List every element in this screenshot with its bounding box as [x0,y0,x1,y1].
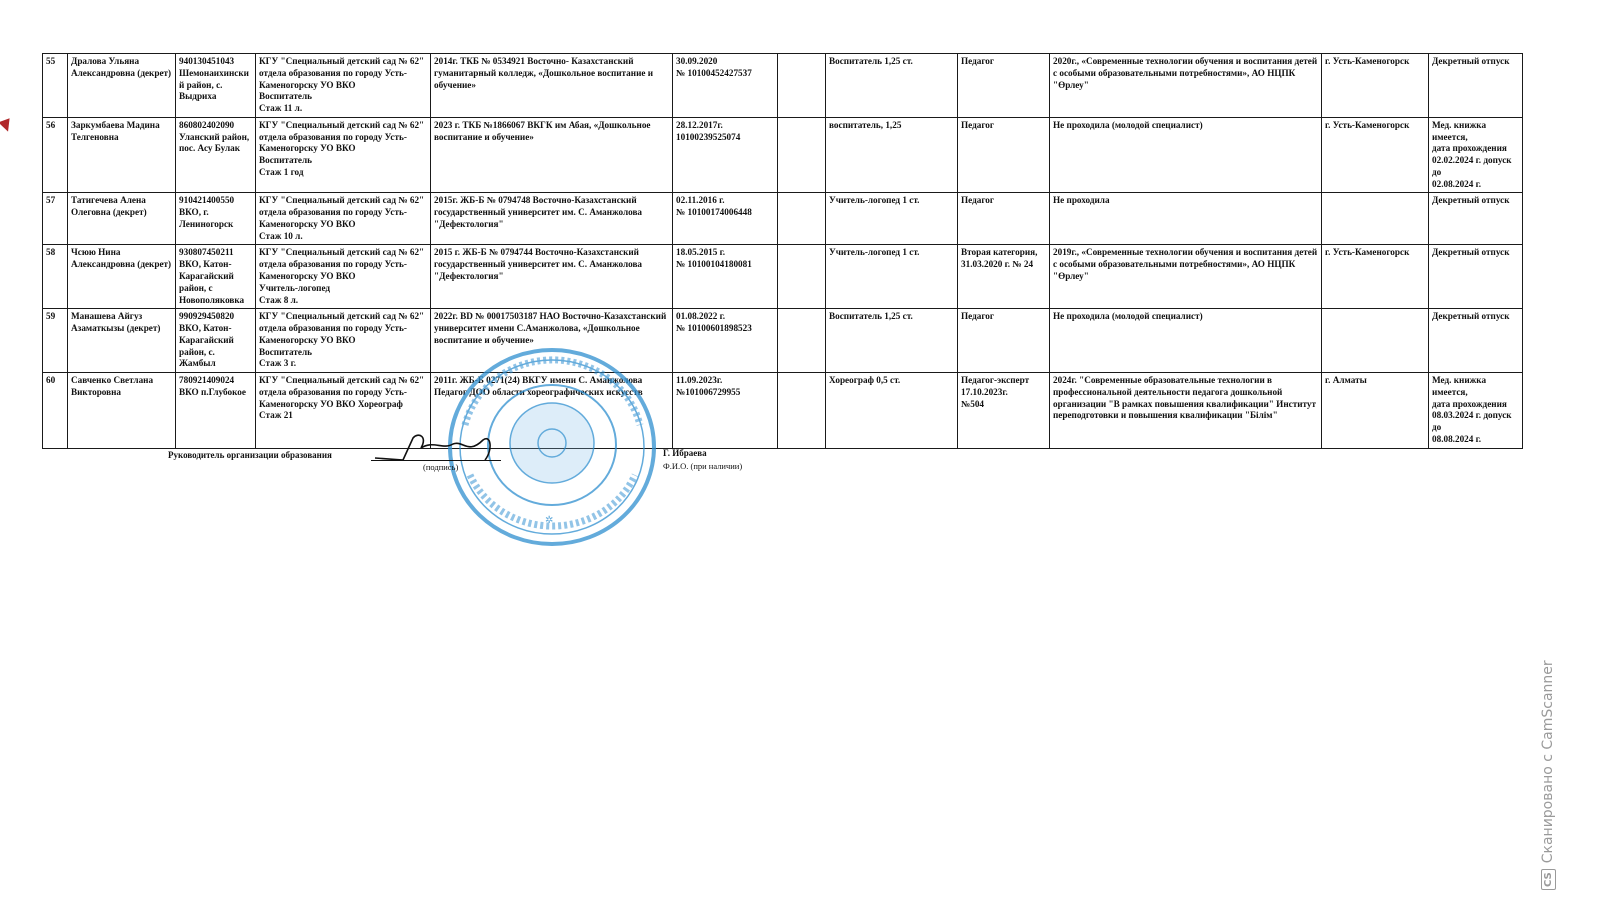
table-row: 58Чсюю Нина Александровна (декрет)930807… [43,245,1523,309]
employee-name: Савченко Светлана Викторовна [68,373,176,449]
notes-line: Декретный отпуск [1432,56,1519,68]
workplace-info-line: КГУ "Специальный детский сад № 62" отдел… [259,247,427,282]
training-city [1322,193,1429,245]
certificate-info: 02.11.2016 г.№ 10100174006448 [673,193,778,245]
qualification-category-line: Педагог [961,195,1046,207]
workplace-info: КГУ "Специальный детский сад № 62" отдел… [256,54,431,118]
certificate-info: 18.05.2015 г.№ 10100104180081 [673,245,778,309]
training-courses: 2020г., «Современные технологии обучения… [1050,54,1322,118]
training-city [1322,309,1429,373]
workplace-info-line: КГУ "Специальный детский сад № 62" отдел… [259,195,427,230]
position-rate: Воспитатель 1,25 ст. [826,309,958,373]
table-row: 59Манашева Айгуз Азаматкызы (декрет)9909… [43,309,1523,373]
empty-cell [778,373,826,449]
iin-birthplace: 860802402090 Уланский район, пос. Асу Бу… [176,117,256,193]
signature-line [371,460,501,461]
notes-line: Декретный отпуск [1432,311,1519,323]
table-row: 57Татигечева Алена Олеговна (декрет)9104… [43,193,1523,245]
workplace-info-line: КГУ "Специальный детский сад № 62" отдел… [259,120,427,155]
training-courses: Не проходила (молодой специалист) [1050,309,1322,373]
training-courses: Не проходила (молодой специалист) [1050,117,1322,193]
training-courses: 2019г., «Современные технологии обучения… [1050,245,1322,309]
training-city: г. Усть-Каменогорск [1322,117,1429,193]
watermark-text: Сканировано с CamScanner [1540,660,1556,863]
workplace-info-line: Воспитатель [259,91,427,103]
notes-line: Мед. книжка имеется, [1432,375,1519,399]
certificate-info-line: 01.08.2022 г. [676,311,774,323]
notes-line: Декретный отпуск [1432,195,1519,207]
certificate-info: 28.12.2017г.10100239525074 [673,117,778,193]
red-corner-mark [0,118,14,133]
workplace-info-line: Учитель-логопед [259,283,427,295]
notes-line: дата прохождения [1432,143,1519,155]
signature-label: Руководитель организации образования [168,450,332,460]
notes: Декретный отпуск [1429,54,1523,118]
signatory-name-caption: Ф.И.О. (при наличии) [663,461,742,471]
workplace-info-line: КГУ "Специальный детский сад № 62" отдел… [259,56,427,91]
workplace-info: КГУ "Специальный детский сад № 62" отдел… [256,193,431,245]
workplace-info: КГУ "Специальный детский сад № 62" отдел… [256,245,431,309]
workplace-info-line: Стаж 1 год [259,167,427,179]
workplace-info-line: Стаж 11 л. [259,103,427,115]
workplace-info-line: КГУ "Специальный детский сад № 62" отдел… [259,311,427,346]
signature-caption: (подпись) [423,462,458,472]
employee-name: Манашева Айгуз Азаматкызы (декрет) [68,309,176,373]
certificate-info-line: 02.11.2016 г. [676,195,774,207]
notes: Мед. книжка имеется,дата прохождения02.0… [1429,117,1523,193]
staff-table: 55Дралова Ульяна Александровна (декрет)9… [42,53,1523,449]
table-row: 60Савченко Светлана Викторовна7809214090… [43,373,1523,449]
notes-line: Мед. книжка имеется, [1432,120,1519,144]
qualification-category-line: Педагог-эксперт [961,375,1046,387]
workplace-info-line: Стаж 21 [259,410,427,422]
iin-birthplace: 780921409024 ВКО п.Глубокое [176,373,256,449]
certificate-info-line: 28.12.2017г. [676,120,774,132]
certificate-info-line: № 10100601898523 [676,323,774,335]
camscanner-watermark: CS Сканировано с CamScanner [1540,660,1556,890]
certificate-info-line: №101006729955 [676,387,774,399]
workplace-info: КГУ "Специальный детский сад № 62" отдел… [256,309,431,373]
employee-name: Заркумбаева Мадина Телгеновна [68,117,176,193]
table-row: 56Заркумбаева Мадина Телгеновна860802402… [43,117,1523,193]
workplace-info: КГУ "Специальный детский сад № 62" отдел… [256,117,431,193]
workplace-info-line: КГУ "Специальный детский сад № 62" отдел… [259,375,427,410]
row-number: 58 [43,245,68,309]
workplace-info-line: Воспитатель [259,347,427,359]
table-row: 55Дралова Ульяна Александровна (декрет)9… [43,54,1523,118]
iin-birthplace: 930807450211 ВКО, Катон-Карагайский райо… [176,245,256,309]
notes-line: дата прохождения [1432,399,1519,411]
education-info: 2015г. ЖБ-Б № 0794748 Восточно-Казахстан… [431,193,673,245]
certificate-info: 30.09.2020№ 10100452427537 [673,54,778,118]
notes: Декретный отпуск [1429,193,1523,245]
employee-name: Чсюю Нина Александровна (декрет) [68,245,176,309]
empty-cell [778,193,826,245]
notes-line: 08.08.2024 г. [1432,434,1519,446]
certificate-info-line: 30.09.2020 [676,56,774,68]
camscanner-logo-icon: CS [1541,869,1556,890]
qualification-category: Педагог [958,54,1050,118]
workplace-info-line: Стаж 10 л. [259,231,427,243]
iin-birthplace: 910421400550 ВКО, г. Лениногорск [176,193,256,245]
notes-line: 08.03.2024 г. допуск до [1432,410,1519,434]
qualification-category: Педагог [958,309,1050,373]
notes-line: 02.02.2024 г. допуск до [1432,155,1519,179]
employee-name: Татигечева Алена Олеговна (декрет) [68,193,176,245]
workplace-info-line: Стаж 8 л. [259,295,427,307]
training-courses: Не проходила [1050,193,1322,245]
iin-birthplace: 990929450820 ВКО, Катон-Карагайский райо… [176,309,256,373]
notes: Декретный отпуск [1429,245,1523,309]
qualification-category: Педагог [958,193,1050,245]
qualification-category-line: Педагог [961,56,1046,68]
qualification-category-line: 17.10.2023г. [961,387,1046,399]
position-rate: Учитель-логопед 1 ст. [826,193,958,245]
education-info: 2014г. ТКБ № 0534921 Восточно- Казахстан… [431,54,673,118]
empty-cell [778,117,826,193]
certificate-info-line: 18.05.2015 г. [676,247,774,259]
certificate-info: 01.08.2022 г.№ 10100601898523 [673,309,778,373]
employee-name: Дралова Ульяна Александровна (декрет) [68,54,176,118]
certificate-info-line: № 10100452427537 [676,68,774,80]
qualification-category-line: Педагог [961,120,1046,132]
certificate-info-line: 10100239525074 [676,132,774,144]
empty-cell [778,54,826,118]
row-number: 57 [43,193,68,245]
empty-cell [778,309,826,373]
signatory-name: Г. Ибраева [663,448,707,458]
row-number: 59 [43,309,68,373]
row-number: 60 [43,373,68,449]
training-city: г. Усть-Каменогорск [1322,54,1429,118]
position-rate: Учитель-логопед 1 ст. [826,245,958,309]
education-info: 2023 г. ТКБ №1866067 ВКГК им Абая, «Дошк… [431,117,673,193]
certificate-info-line: № 10100174006448 [676,207,774,219]
qualification-category-line: Педагог [961,311,1046,323]
education-info: 2015 г. ЖБ-Б № 0794744 Восточно-Казахста… [431,245,673,309]
notes-line: 02.08.2024 г. [1432,179,1519,191]
certificate-info-line: 11.09.2023г. [676,375,774,387]
certificate-info: 11.09.2023г.№101006729955 [673,373,778,449]
row-number: 55 [43,54,68,118]
notes: Декретный отпуск [1429,309,1523,373]
position-rate: воспитатель, 1,25 [826,117,958,193]
empty-cell [778,245,826,309]
qualification-category-line: Вторая категория, [961,247,1046,259]
qualification-category-line: 31.03.2020 г. № 24 [961,259,1046,271]
certificate-info-line: № 10100104180081 [676,259,774,271]
training-city: г. Алматы [1322,373,1429,449]
qualification-category-line: №504 [961,399,1046,411]
svg-text:✲: ✲ [545,515,553,526]
row-number: 56 [43,117,68,193]
training-city: г. Усть-Каменогорск [1322,245,1429,309]
iin-birthplace: 940130451043 Шемонаихинский район, с. Вы… [176,54,256,118]
notes-line: Декретный отпуск [1432,247,1519,259]
workplace-info-line: Стаж 3 г. [259,358,427,370]
qualification-category: Вторая категория,31.03.2020 г. № 24 [958,245,1050,309]
notes: Мед. книжка имеется,дата прохождения08.0… [1429,373,1523,449]
position-rate: Хореограф 0,5 ст. [826,373,958,449]
workplace-info-line: Воспитатель [259,155,427,167]
qualification-category: Педагог [958,117,1050,193]
qualification-category: Педагог-эксперт17.10.2023г.№504 [958,373,1050,449]
training-courses: 2024г. "Современные образовательные техн… [1050,373,1322,449]
position-rate: Воспитатель 1,25 ст. [826,54,958,118]
